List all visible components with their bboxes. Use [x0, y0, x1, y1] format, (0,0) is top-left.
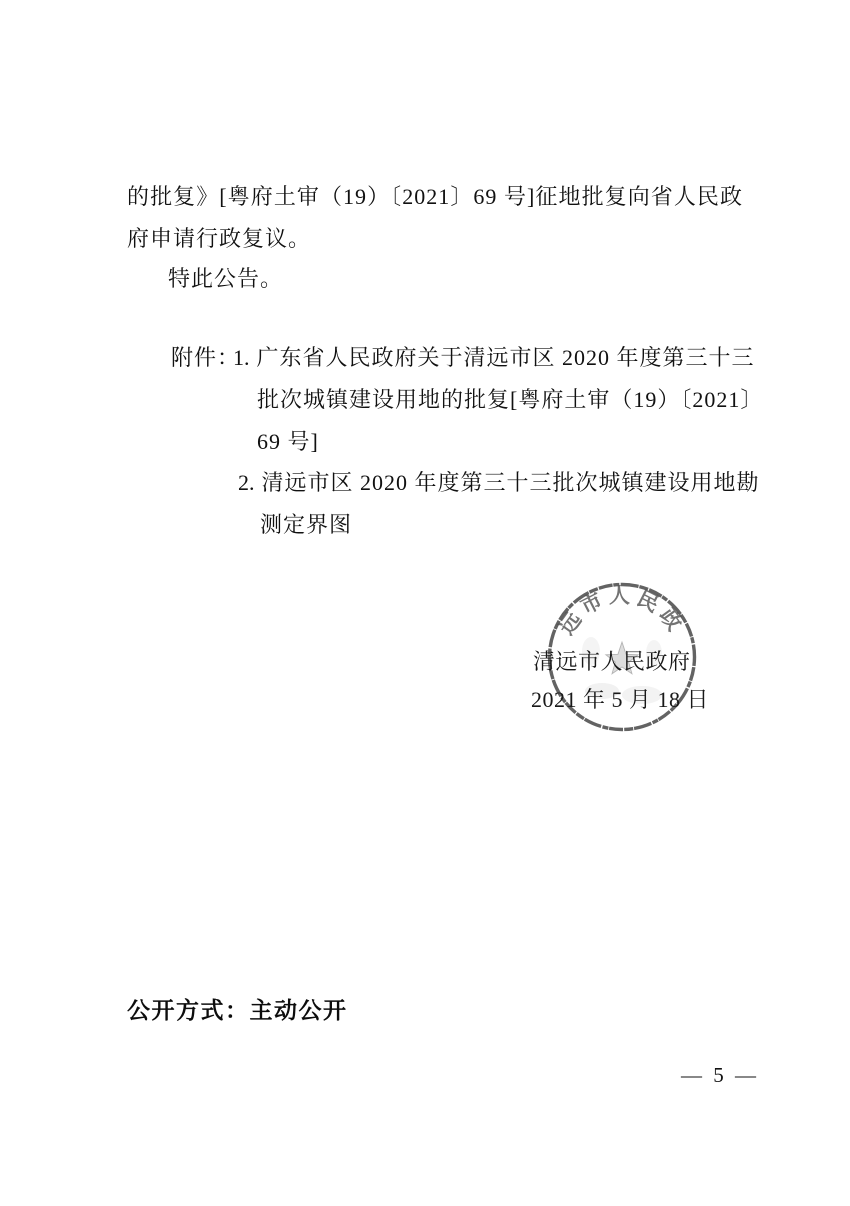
attachment-item-1-cont: 69 号] [257, 428, 319, 456]
disclosure-value: 主动公开 [250, 998, 348, 1023]
issue-date: 2021 年 5 月 18 日 [531, 683, 709, 714]
attachment-item-2-text: 清远市区 2020 年度第三十三批次城镇建设用地勘 [262, 470, 760, 495]
issuer-signature: 清远市人民政府 [533, 645, 691, 676]
attachment-item-1: 1.广东省人民政府关于清远市区 2020 年度第三十三 [233, 344, 755, 372]
attachment-label: 附件： [171, 344, 240, 372]
attachment-item-1-text: 广东省人民政府关于清远市区 2020 年度第三十三 [257, 345, 755, 370]
closing-line: 特此公告。 [168, 265, 283, 293]
disclosure-label: 公开方式： [127, 997, 250, 1023]
page-number: — 5 — [681, 1063, 759, 1088]
attachment-item-2: 2.清远市区 2020 年度第三十三批次城镇建设用地勘 [238, 469, 760, 497]
document-page: 的批复》[粤府土审（19）〔2021〕69 号]征地批复向省人民政 府申请行政复… [0, 0, 850, 1206]
body-line: 府申请行政复议。 [127, 225, 311, 253]
body-line-text: 的批复》[粤府土审（19）〔2021〕69 号]征地批复向省人民政 [127, 183, 743, 211]
attachment-item-2-cont: 测定界图 [260, 511, 352, 539]
attachment-item-2-number: 2. [238, 469, 255, 497]
body-line: 的批复》[粤府土审（19）〔2021〕69 号]征地批复向省人民政 [127, 183, 743, 211]
attachment-item-1-cont: 批次城镇建设用地的批复[粤府土审（19）〔2021〕 [257, 386, 763, 414]
disclosure-line: 公开方式：主动公开 [127, 992, 348, 1025]
attachment-item-1-number: 1. [233, 344, 250, 372]
